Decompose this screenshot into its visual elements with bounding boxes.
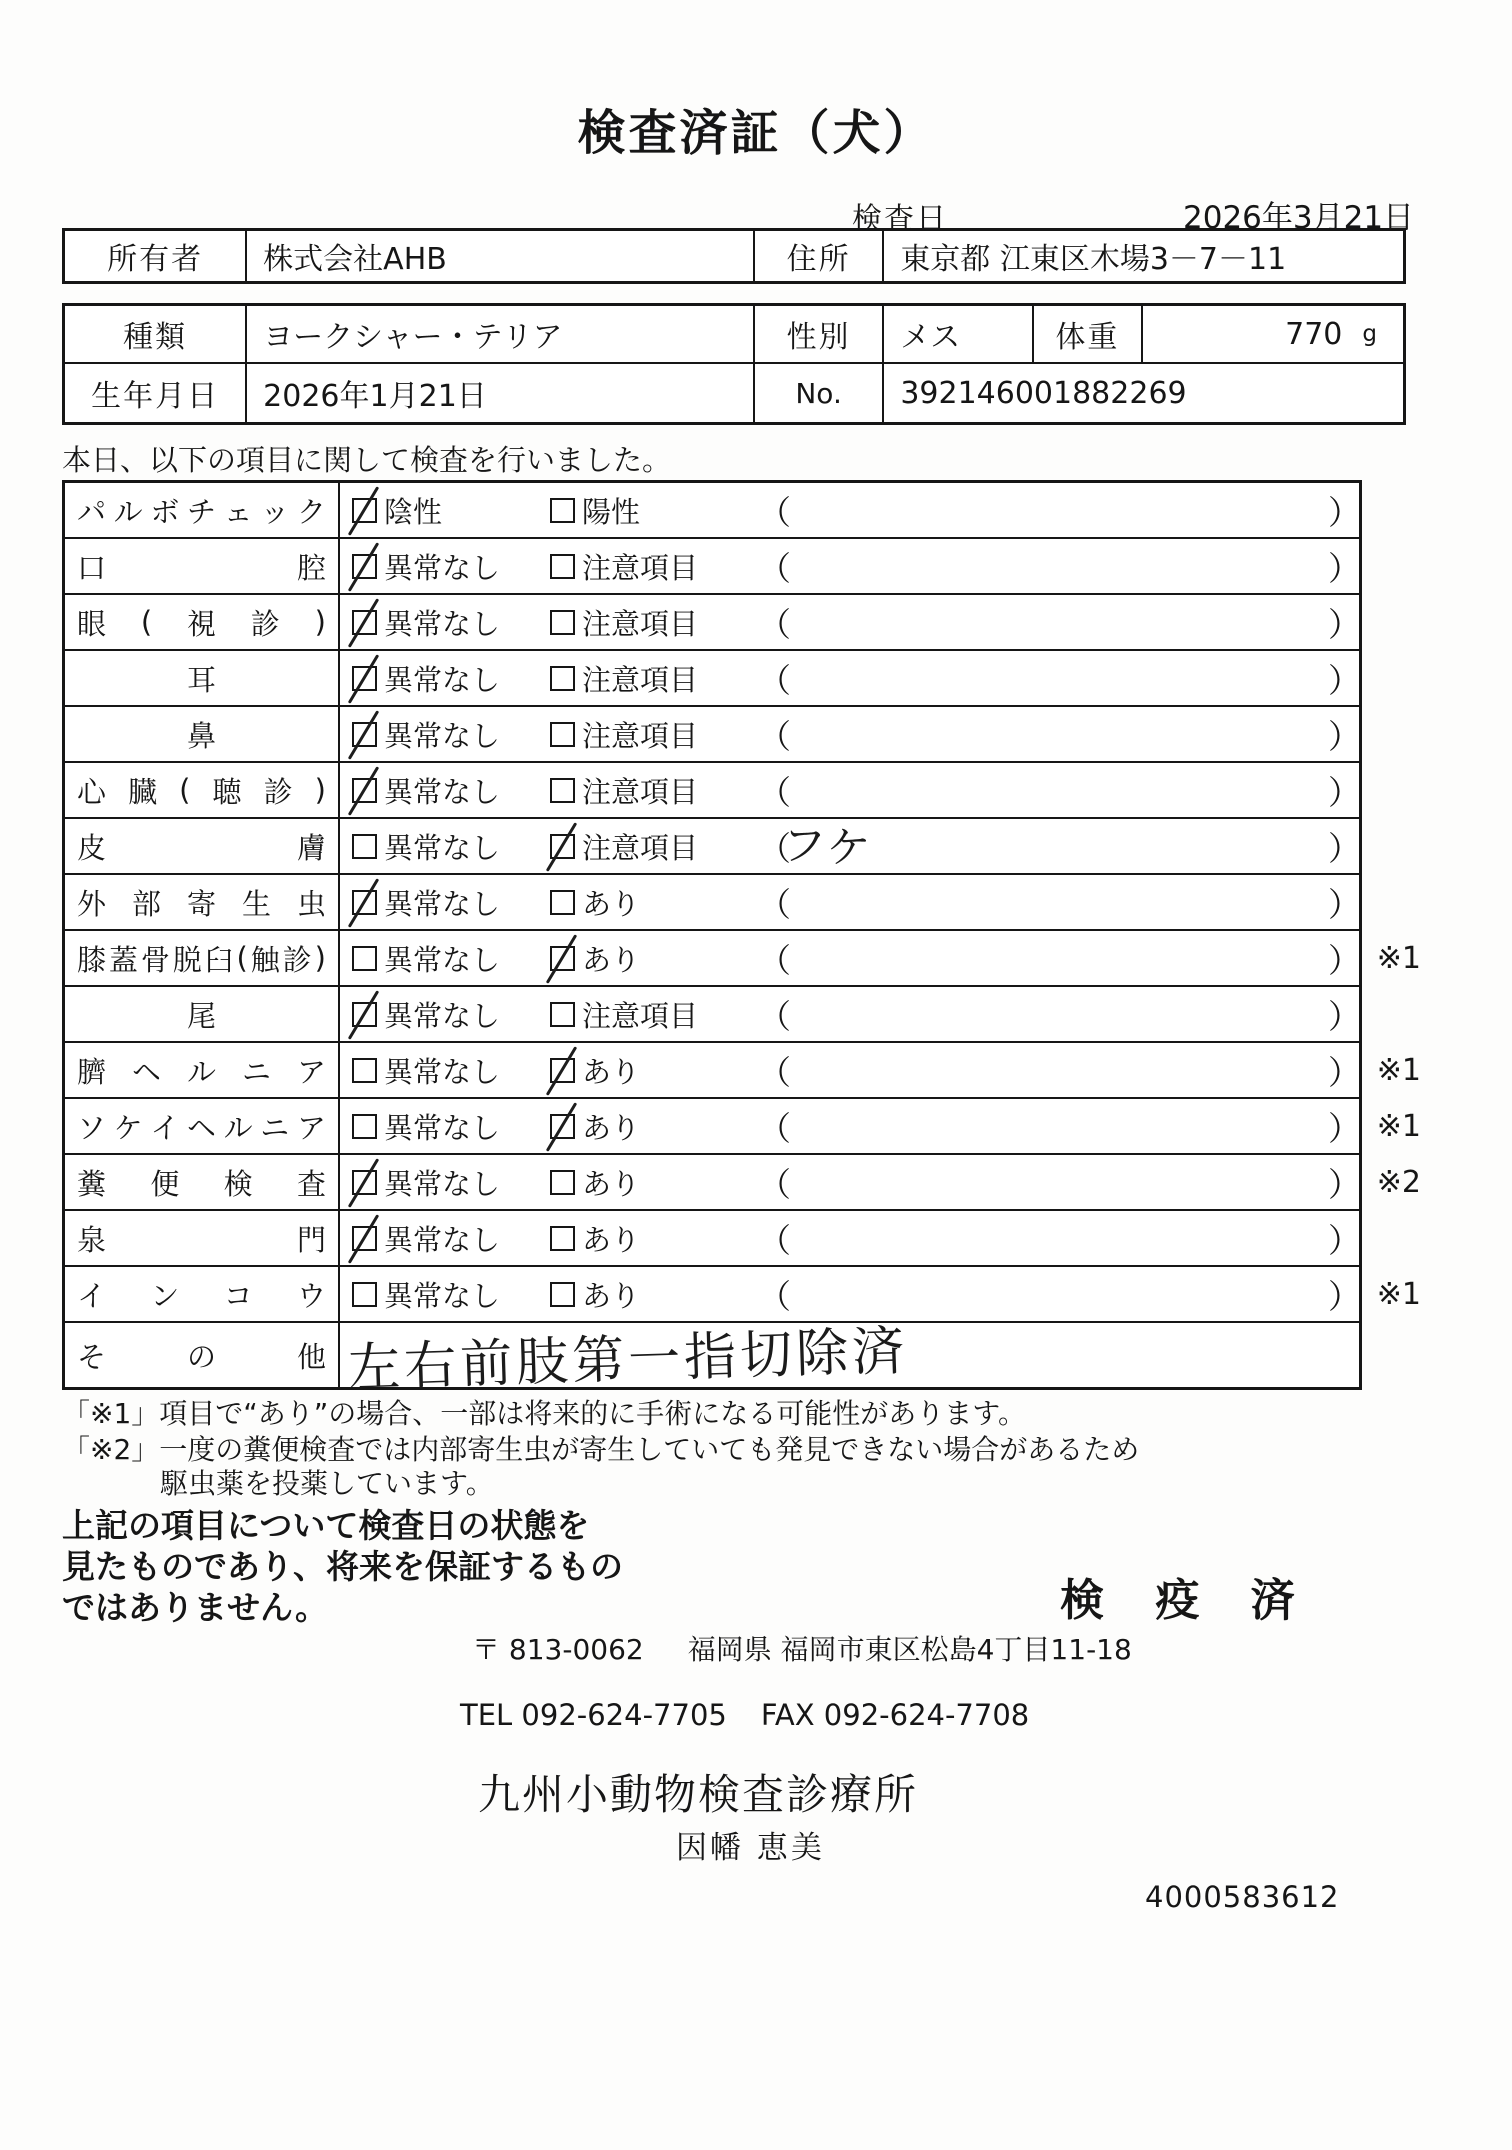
paren-close: ） — [1328, 1099, 1361, 1153]
option-label: あり — [582, 1050, 640, 1091]
item-label-char: 泉 — [77, 1218, 106, 1259]
item-label-char: ) — [315, 941, 326, 975]
item-label-char: ル — [114, 490, 143, 531]
pet-table: 種類 ヨークシャー・テリア 性別 メス 体重 770 g 生年月日 2026年1… — [62, 303, 1406, 425]
weight-number: 770 — [1285, 317, 1342, 352]
breed-value: ヨークシャー・テリア — [247, 306, 755, 362]
footnote-1: 「※1」項目で“あり”の場合、一部は将来的に手術になる可能性があります。 — [62, 1392, 1026, 1432]
checkbox-opt2 — [550, 498, 575, 523]
footnote-marker: ※1 — [1377, 1267, 1421, 1321]
option-opt1: 異常なし — [352, 595, 500, 649]
clinic-tel-line: TEL 092-624-7705 FAX 092-624-7708 — [460, 1698, 1029, 1732]
option-label: 注意項目 — [582, 994, 698, 1035]
item-label-char: ア — [297, 1050, 326, 1091]
item-result-area: 異常なしあり（） — [340, 875, 1359, 929]
option-opt2: あり — [550, 931, 640, 985]
item-label: 皮膚 — [65, 819, 340, 873]
item-label-char: 脱 — [173, 938, 202, 979]
checkmark — [546, 1046, 577, 1096]
checkbox-opt2 — [550, 1226, 575, 1251]
page-title: 検査済証（犬） — [0, 94, 1512, 163]
checklist-row: 膝蓋骨脱臼(触診)異常なしあり（）※1 — [65, 931, 1359, 987]
checklist-row: ソケイヘルニア異常なしあり（）※1 — [65, 1099, 1359, 1155]
option-opt2: 注意項目 — [550, 763, 698, 817]
option-opt1: 異常なし — [352, 1099, 500, 1153]
item-result-area: 異常なしあり（） — [340, 1155, 1359, 1209]
item-label: 泉門 — [65, 1211, 340, 1265]
paren-open: （ — [758, 1043, 791, 1097]
item-result-area: 左右前肢第一指切除済 — [340, 1323, 1359, 1387]
checkbox-opt1 — [352, 666, 377, 691]
item-label: その他 — [65, 1323, 340, 1387]
paren-close: ） — [1328, 539, 1361, 593]
checklist-row: 口腔異常なし注意項目（） — [65, 539, 1359, 595]
option-label: 異常なし — [384, 1162, 500, 1203]
checkmark — [348, 878, 379, 928]
item-label: 耳 — [65, 651, 340, 705]
checkbox-opt1 — [352, 722, 377, 747]
item-label-char: 皮 — [77, 826, 106, 867]
item-result-area: 異常なしあり（） — [340, 1043, 1359, 1097]
item-label-char: 蓋 — [109, 938, 138, 979]
paren-close: ） — [1328, 763, 1361, 817]
item-label-char: ニ — [260, 1106, 289, 1147]
checkmark — [348, 710, 379, 760]
spacer — [644, 1628, 688, 1668]
item-label-char: イ — [77, 1274, 106, 1315]
paren-open: （ — [758, 595, 791, 649]
checkmark — [348, 990, 379, 1040]
option-opt1: 異常なし — [352, 1043, 500, 1097]
clinic-tel: TEL 092-624-7705 — [460, 1698, 727, 1732]
checkmark — [348, 598, 379, 648]
checklist-row: 眼(視診)異常なし注意項目（） — [65, 595, 1359, 651]
item-label-char: ェ — [224, 490, 253, 531]
item-label: 臍ヘルニア — [65, 1043, 340, 1097]
footnote-marker: ※2 — [1377, 1155, 1421, 1209]
item-label-char: イ — [150, 1106, 179, 1147]
footnote-marker: ※1 — [1377, 1099, 1421, 1153]
option-label: 異常なし — [384, 770, 500, 811]
option-opt1: 異常なし — [352, 819, 500, 873]
item-label-char: 眼 — [77, 602, 106, 643]
item-label-char: 検 — [224, 1162, 253, 1203]
number-value: 392146001882269 — [884, 364, 1403, 422]
quarantine-done-stamp: 検 疫 済 — [1060, 1564, 1313, 1628]
owner-label: 所有者 — [65, 231, 247, 281]
item-label-char: 臍 — [77, 1050, 106, 1091]
item-label-char: 膝 — [77, 938, 106, 979]
checkbox-opt1 — [352, 1114, 377, 1139]
item-label-char: ッ — [260, 490, 289, 531]
item-label-char: ( — [179, 773, 190, 807]
item-label-char: チ — [187, 490, 216, 531]
option-label: 注意項目 — [582, 658, 698, 699]
checkbox-opt1 — [352, 554, 377, 579]
item-label-char: 生 — [242, 882, 271, 923]
checkbox-opt2 — [550, 778, 575, 803]
item-label: 膝蓋骨脱臼(触診) — [65, 931, 340, 985]
owner-table: 所有者 株式会社AHB 住所 東京都 江東区木場3－7－11 — [62, 228, 1406, 284]
paren-open: （ — [758, 707, 791, 761]
checkbox-opt1 — [352, 1002, 377, 1027]
item-label-char: 聴 — [213, 770, 242, 811]
item-label-char: 触 — [251, 938, 280, 979]
checkbox-opt2 — [550, 1170, 575, 1195]
item-label-char: 部 — [132, 882, 161, 923]
breed-label: 種類 — [65, 306, 247, 362]
option-label: あり — [582, 1106, 640, 1147]
weight-unit: g — [1362, 321, 1377, 347]
checkbox-opt2 — [550, 1114, 575, 1139]
item-label: ソケイヘルニア — [65, 1099, 340, 1153]
paren-close: ） — [1328, 1043, 1361, 1097]
footnote-marker: ※1 — [1377, 931, 1421, 985]
item-label-char: 腔 — [297, 546, 326, 587]
checkmark — [546, 822, 577, 872]
item-label-char: パ — [77, 490, 106, 531]
item-label-char: 骨 — [141, 938, 170, 979]
item-label-char: 外 — [77, 882, 106, 923]
veterinarian-name: 因幡 恵美 — [676, 1822, 825, 1867]
checkmark — [348, 766, 379, 816]
paren-close: ） — [1328, 707, 1361, 761]
item-label-char: 尾 — [187, 994, 216, 1035]
item-label-char: 耳 — [187, 658, 216, 699]
option-label: 注意項目 — [582, 770, 698, 811]
option-opt2: あり — [550, 875, 640, 929]
owner-name: 株式会社AHB — [247, 231, 755, 281]
item-label: 眼(視診) — [65, 595, 340, 649]
option-opt2: 注意項目 — [550, 651, 698, 705]
item-label-char: 臼 — [205, 938, 234, 979]
option-opt1: 異常なし — [352, 1267, 500, 1321]
item-label-char: 診 — [264, 770, 293, 811]
sex-value: メス — [884, 306, 1033, 362]
paren-open: （ — [758, 875, 791, 929]
option-label: 注意項目 — [582, 602, 698, 643]
option-opt1: 異常なし — [352, 931, 500, 985]
option-label: 異常なし — [384, 1218, 500, 1259]
intro-sentence: 本日、以下の項目に関して検査を行いました。 — [62, 438, 671, 479]
checklist-row: 耳異常なし注意項目（） — [65, 651, 1359, 707]
checklist-row: 糞便検査異常なしあり（）※2 — [65, 1155, 1359, 1211]
paren-open: （ — [758, 1099, 791, 1153]
item-label-char: 診 — [283, 938, 312, 979]
item-label-char: ニ — [242, 1050, 271, 1091]
disclaimer-line-2: 見たものであり、将来を保証するもの — [62, 1541, 623, 1588]
option-opt2: あり — [550, 1211, 640, 1265]
paren-open: （ — [758, 539, 791, 593]
paren-open: （ — [758, 1155, 791, 1209]
checkmark — [348, 654, 379, 704]
item-label-char: 査 — [297, 1162, 326, 1203]
option-opt1: 異常なし — [352, 875, 500, 929]
option-label: 陽性 — [582, 490, 640, 531]
checkbox-opt1 — [352, 1170, 377, 1195]
item-result-area: 異常なし注意項目（） — [340, 595, 1359, 649]
paren-close: ） — [1328, 651, 1361, 705]
option-opt1: 異常なし — [352, 651, 500, 705]
paren-close: ） — [1328, 1211, 1361, 1265]
item-label-char: 鼻 — [187, 714, 216, 755]
item-result-area: 異常なし注意項目（）フケ — [340, 819, 1359, 873]
item-label-char: ル — [187, 1050, 216, 1091]
item-label-char: ケ — [114, 1106, 143, 1147]
paren-open: （ — [758, 931, 791, 985]
paren-open: （ — [758, 987, 791, 1041]
item-label: インコウ — [65, 1267, 340, 1321]
option-opt2: 注意項目 — [550, 819, 698, 873]
checkbox-opt1 — [352, 1226, 377, 1251]
item-label-char: 便 — [150, 1162, 179, 1203]
paren-close: ） — [1328, 483, 1361, 537]
option-opt1: 異常なし — [352, 987, 500, 1041]
disclaimer-line-1: 上記の項目について検査日の状態を — [62, 1500, 589, 1547]
item-label-char: 視 — [187, 602, 216, 643]
item-label-char: そ — [77, 1335, 106, 1376]
option-opt2: あり — [550, 1043, 640, 1097]
checkbox-opt1 — [352, 498, 377, 523]
item-label-char: ル — [224, 1106, 253, 1147]
option-label: 異常なし — [384, 826, 500, 867]
checkbox-opt2 — [550, 666, 575, 691]
option-opt1: 異常なし — [352, 539, 500, 593]
item-result-area: 異常なしあり（） — [340, 1211, 1359, 1265]
option-opt2: 注意項目 — [550, 987, 698, 1041]
option-opt1: 異常なし — [352, 1211, 500, 1265]
item-label-char: ) — [315, 773, 326, 807]
item-result-area: 異常なし注意項目（） — [340, 763, 1359, 817]
checklist-row: 皮膚異常なし注意項目（）フケ — [65, 819, 1359, 875]
document-number: 4000583612 — [1145, 1880, 1340, 1914]
item-label: 外部寄生虫 — [65, 875, 340, 929]
item-label: 鼻 — [65, 707, 340, 761]
item-label-char: ボ — [150, 490, 179, 531]
option-opt1: 異常なし — [352, 1155, 500, 1209]
item-result-area: 陰性陽性（） — [340, 483, 1359, 537]
paren-close: ） — [1328, 875, 1361, 929]
item-result-area: 異常なし注意項目（） — [340, 987, 1359, 1041]
item-label-char: ヘ — [187, 1106, 216, 1147]
option-label: 注意項目 — [582, 714, 698, 755]
option-opt1: 異常なし — [352, 707, 500, 761]
pet-row-1: 種類 ヨークシャー・テリア 性別 メス 体重 770 g — [65, 306, 1403, 364]
option-label: あり — [582, 882, 640, 923]
address-label: 住所 — [755, 231, 884, 281]
item-result-area: 異常なし注意項目（） — [340, 651, 1359, 705]
paren-close: ） — [1328, 819, 1361, 873]
clinic-postal-code: 〒 813-0062 — [472, 1628, 644, 1668]
item-label-char: ( — [237, 941, 248, 975]
item-result-area: 異常なしあり（） — [340, 1099, 1359, 1153]
footnote-marker: ※1 — [1377, 1043, 1421, 1097]
clinic-address: 福岡県 福岡市東区松島4丁目11-18 — [688, 1628, 1132, 1668]
checklist-table: パルボチェック陰性陽性（）口腔異常なし注意項目（）眼(視診)異常なし注意項目（）… — [62, 480, 1362, 1390]
checklist-row: 尾異常なし注意項目（） — [65, 987, 1359, 1043]
item-label: 心臓(聴診) — [65, 763, 340, 817]
checkmark — [546, 934, 577, 984]
paren-close: ） — [1328, 931, 1361, 985]
item-label-char: の — [187, 1335, 216, 1376]
checklist-row: 泉門異常なしあり（） — [65, 1211, 1359, 1267]
clinic-postal-line: 〒 813-0062 福岡県 福岡市東区松島4丁目11-18 — [472, 1628, 1132, 1668]
option-label: あり — [582, 938, 640, 979]
checklist-row: パルボチェック陰性陽性（） — [65, 483, 1359, 539]
paren-open: （ — [758, 483, 791, 537]
item-label-char: 虫 — [297, 882, 326, 923]
checklist-row: 心臓(聴診)異常なし注意項目（） — [65, 763, 1359, 819]
sex-label: 性別 — [755, 306, 884, 362]
birthdate-value: 2026年1月21日 — [247, 364, 755, 422]
checkbox-opt2 — [550, 1002, 575, 1027]
checkbox-opt1 — [352, 778, 377, 803]
item-label-char: ク — [297, 490, 326, 531]
paren-close: ） — [1328, 1155, 1361, 1209]
option-opt2: 注意項目 — [550, 539, 698, 593]
checklist-row: その他左右前肢第一指切除済 — [65, 1323, 1359, 1387]
item-label-char: ソ — [77, 1106, 106, 1147]
owner-address: 東京都 江東区木場3－7－11 — [884, 231, 1403, 281]
option-label: 異常なし — [384, 882, 500, 923]
checkbox-opt1 — [352, 610, 377, 635]
checkbox-opt2 — [550, 722, 575, 747]
option-opt1: 陰性 — [352, 483, 442, 537]
checkmark — [348, 542, 379, 592]
option-label: 異常なし — [384, 1274, 500, 1315]
item-result-area: 異常なし注意項目（） — [340, 539, 1359, 593]
handwritten-note: 左右前肢第一指切除済 — [347, 1308, 909, 1401]
item-label-char: ( — [141, 605, 152, 639]
option-opt2: 注意項目 — [550, 707, 698, 761]
option-opt2: 陽性 — [550, 483, 640, 537]
item-label-char: 心 — [77, 770, 106, 811]
paren-open: （ — [758, 1211, 791, 1265]
checklist-row: 外部寄生虫異常なしあり（） — [65, 875, 1359, 931]
item-label-char: ウ — [297, 1274, 326, 1315]
clinic-fax: FAX 092-624-7708 — [761, 1698, 1029, 1732]
item-label: 尾 — [65, 987, 340, 1041]
item-label-char: 糞 — [77, 1162, 106, 1203]
checkmark — [546, 1102, 577, 1152]
checkbox-opt1 — [352, 1282, 377, 1307]
option-opt2: あり — [550, 1267, 640, 1321]
paren-close: ） — [1328, 1267, 1361, 1321]
checkbox-opt2 — [550, 834, 575, 859]
checkmark — [348, 1214, 379, 1264]
item-label-char: 寄 — [187, 882, 216, 923]
paren-open: （ — [758, 651, 791, 705]
checklist-row: 臍ヘルニア異常なしあり（）※1 — [65, 1043, 1359, 1099]
item-label-char: ヘ — [132, 1050, 161, 1091]
option-label: 異常なし — [384, 658, 500, 699]
checkbox-opt2 — [550, 890, 575, 915]
item-label-char: 膚 — [297, 826, 326, 867]
option-opt1: 異常なし — [352, 763, 500, 817]
disclaimer-line-3: ではありません。 — [62, 1582, 328, 1629]
item-label: パルボチェック — [65, 483, 340, 537]
option-opt2: あり — [550, 1099, 640, 1153]
item-label: 口腔 — [65, 539, 340, 593]
checkmark — [348, 1158, 379, 1208]
paren-close: ） — [1328, 595, 1361, 649]
item-result-area: 異常なしあり（） — [340, 931, 1359, 985]
option-label: 異常なし — [384, 714, 500, 755]
footnote-2-continued: 駆虫薬を投薬しています。 — [160, 1462, 494, 1502]
checkbox-opt2 — [550, 554, 575, 579]
option-label: 異常なし — [384, 1050, 500, 1091]
option-label: あり — [582, 1162, 640, 1203]
item-result-area: 異常なし注意項目（） — [340, 707, 1359, 761]
option-opt2: あり — [550, 1155, 640, 1209]
item-label-char: 門 — [297, 1218, 326, 1259]
checkbox-opt2 — [550, 1282, 575, 1307]
birthdate-label: 生年月日 — [65, 364, 247, 422]
option-label: あり — [582, 1274, 640, 1315]
option-label: 異常なし — [384, 602, 500, 643]
weight-label: 体重 — [1034, 306, 1143, 362]
option-label: 陰性 — [384, 490, 442, 531]
pet-row-2: 生年月日 2026年1月21日 No. 392146001882269 — [65, 364, 1403, 422]
option-opt2: 注意項目 — [550, 595, 698, 649]
checkbox-opt1 — [352, 946, 377, 971]
option-label: あり — [582, 1218, 640, 1259]
checkbox-opt2 — [550, 610, 575, 635]
checkbox-opt1 — [352, 1058, 377, 1083]
item-label-char: ア — [297, 1106, 326, 1147]
item-label-char: 他 — [297, 1335, 326, 1376]
clinic-name: 九州小動物検査診療所 — [478, 1762, 918, 1822]
item-label-char: 診 — [251, 602, 280, 643]
item-label-char: コ — [224, 1274, 253, 1315]
inspection-certificate-page: 検査済証（犬） 検査日 2026年3月21日 所有者 株式会社AHB 住所 東京… — [0, 0, 1512, 2150]
item-label-char: 臓 — [128, 770, 157, 811]
option-label: 注意項目 — [582, 546, 698, 587]
checkbox-opt2 — [550, 1058, 575, 1083]
checkbox-opt1 — [352, 890, 377, 915]
checkbox-opt1 — [352, 834, 377, 859]
item-label-char: ン — [150, 1274, 179, 1315]
handwritten-paren-note: フケ — [780, 809, 874, 878]
option-label: 異常なし — [384, 546, 500, 587]
option-label: 異常なし — [384, 1106, 500, 1147]
paren-close: ） — [1328, 987, 1361, 1041]
option-label: 異常なし — [384, 994, 500, 1035]
option-label: 注意項目 — [582, 826, 698, 867]
number-label: No. — [755, 364, 884, 422]
weight-value: 770 g — [1143, 306, 1403, 362]
checklist-row: 鼻異常なし注意項目（） — [65, 707, 1359, 763]
item-label-char: ) — [315, 605, 326, 639]
checkmark — [348, 486, 379, 536]
spacer — [727, 1698, 761, 1732]
option-label: 異常なし — [384, 938, 500, 979]
checkbox-opt2 — [550, 946, 575, 971]
item-label: 糞便検査 — [65, 1155, 340, 1209]
item-label-char: 口 — [77, 546, 106, 587]
